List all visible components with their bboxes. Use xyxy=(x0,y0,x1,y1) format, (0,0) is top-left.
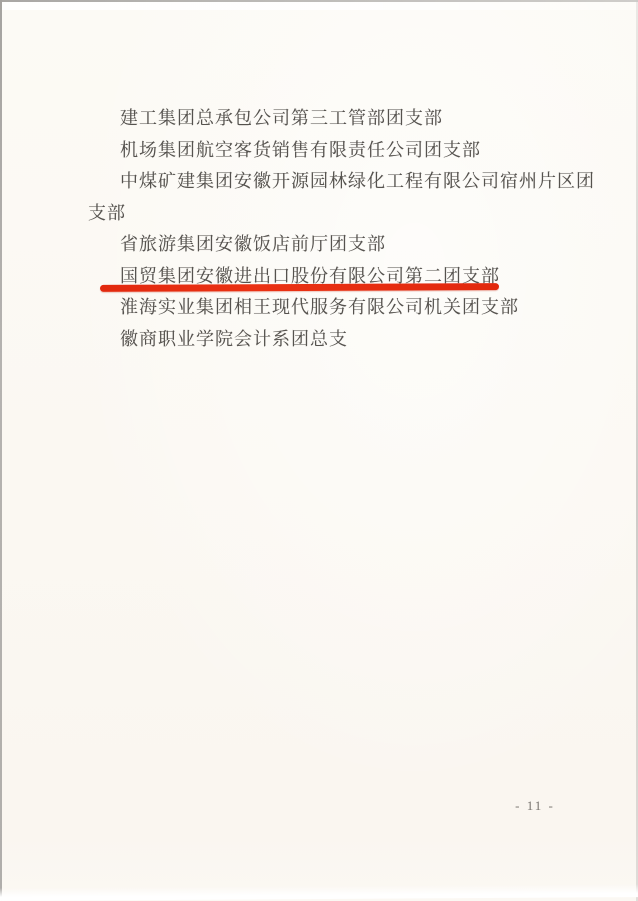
text-line: 省旅游集团安徽饭店前厅团支部 xyxy=(88,229,613,261)
line-text: 中煤矿建集团安徽开源园林绿化工程有限公司宿州片区团 xyxy=(120,171,595,191)
text-line: 支部 xyxy=(88,198,613,230)
line-text: 淮海实业集团相王现代服务有限公司机关团支部 xyxy=(120,297,519,317)
scan-edge-left xyxy=(0,0,2,901)
text-line: 淮海实业集团相王现代服务有限公司机关团支部 xyxy=(88,292,613,324)
text-line: 机场集团航空客货销售有限责任公司团支部 xyxy=(88,135,613,167)
line-text: 建工集团总承包公司第三工管部团支部 xyxy=(120,108,443,128)
scan-edge-top-highlight xyxy=(2,2,638,10)
scanned-document-page: 建工集团总承包公司第三工管部团支部 机场集团航空客货销售有限责任公司团支部 中煤… xyxy=(0,0,638,901)
line-text: 省旅游集团安徽饭店前厅团支部 xyxy=(120,234,386,254)
page-number: - 11 - xyxy=(500,798,570,814)
text-line: 徽商职业学院会计系团总支 xyxy=(88,324,613,356)
text-line: 建工集团总承包公司第三工管部团支部 xyxy=(88,103,613,135)
line-text: 机场集团航空客货销售有限责任公司团支部 xyxy=(120,140,481,160)
line-text: 徽商职业学院会计系团总支 xyxy=(120,329,348,349)
text-line: 中煤矿建集团安徽开源园林绿化工程有限公司宿州片区团 xyxy=(88,166,613,198)
scan-edge-bottom-highlight xyxy=(0,884,638,901)
body-text-block: 建工集团总承包公司第三工管部团支部 机场集团航空客货销售有限责任公司团支部 中煤… xyxy=(88,103,613,355)
line-text: 支部 xyxy=(88,203,126,223)
